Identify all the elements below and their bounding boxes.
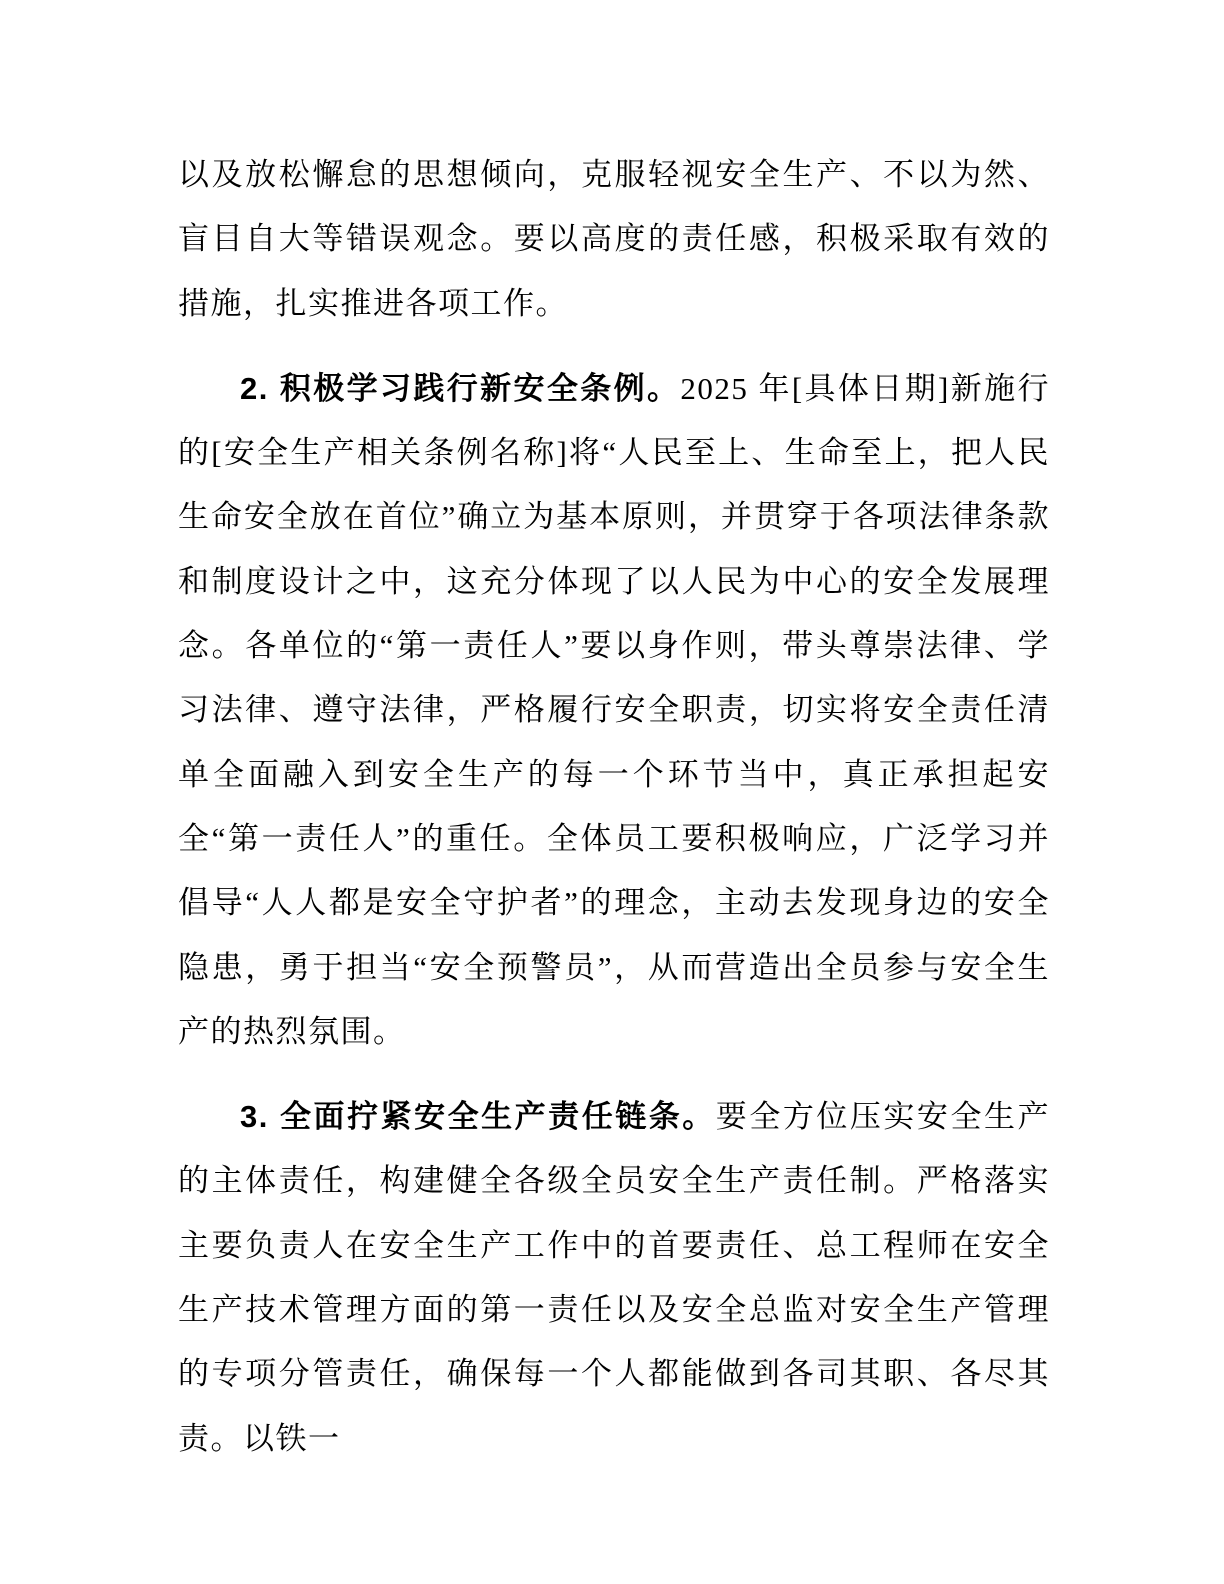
- paragraph-2-body-text: 2025 年[具体日期]新施行的[安全生产相关条例名称]将“人民至上、生命至上，…: [178, 371, 1050, 1049]
- paragraph-3-heading: 3. 全面拧紧安全生产责任链条。: [240, 1099, 716, 1134]
- document-page: 以及放松懈怠的思想倾向，克服轻视安全生产、不以为然、盲目自大等错误观念。要以高度…: [178, 143, 1050, 1471]
- paragraph-2: 2. 积极学习践行新安全条例。2025 年[具体日期]新施行的[安全生产相关条例…: [178, 357, 1050, 1064]
- paragraph-3: 3. 全面拧紧安全生产责任链条。要全方位压实安全生产的主体责任，构建健全各级全员…: [178, 1085, 1050, 1471]
- paragraph-1: 以及放松懈怠的思想倾向，克服轻视安全生产、不以为然、盲目自大等错误观念。要以高度…: [178, 143, 1050, 336]
- paragraph-1-body-text: 以及放松懈怠的思想倾向，克服轻视安全生产、不以为然、盲目自大等错误观念。要以高度…: [178, 157, 1050, 321]
- paragraph-3-body-text: 要全方位压实安全生产的主体责任，构建健全各级全员安全生产责任制。严格落实主要负责…: [178, 1099, 1050, 1455]
- paragraph-2-heading: 2. 积极学习践行新安全条例。: [240, 371, 680, 406]
